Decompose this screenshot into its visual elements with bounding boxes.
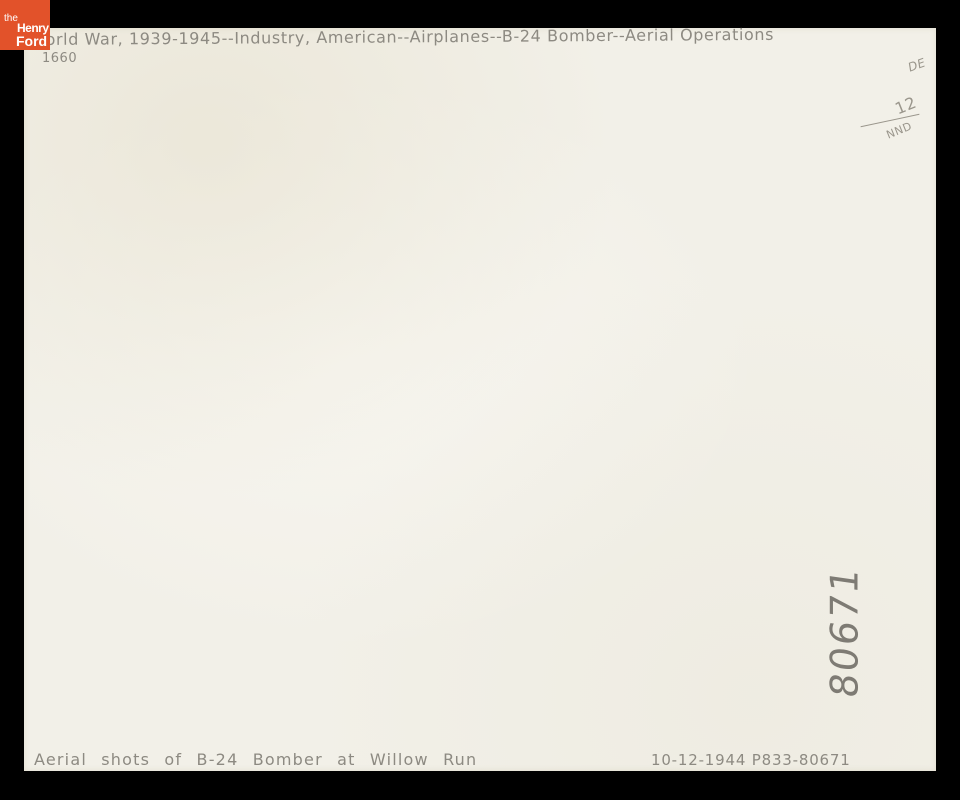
initials-mark: DE bbox=[906, 55, 928, 74]
photo-caption: Aerial shots of B-24 Bomber at Willow Ru… bbox=[34, 750, 477, 769]
date-and-reference: 10-12-1944 P833-80671 bbox=[651, 751, 851, 769]
subject-heading: World War, 1939-1945--Industry, American… bbox=[30, 25, 774, 49]
logo-the: the bbox=[4, 14, 18, 24]
count-sub-note: NND bbox=[884, 120, 913, 142]
logo-ford: Ford bbox=[16, 34, 47, 48]
photo-date: 10-12-1944 bbox=[651, 751, 746, 769]
catalog-number: 1660 bbox=[42, 51, 77, 66]
photo-back-paper: World War, 1939-1945--Industry, American… bbox=[24, 28, 936, 771]
reference-number: P833-80671 bbox=[752, 751, 851, 769]
henry-ford-logo[interactable]: the Henry Ford bbox=[0, 0, 50, 50]
negative-number: 80671 bbox=[822, 563, 866, 700]
image-viewer: the Henry Ford World War, 1939-1945--Ind… bbox=[0, 0, 960, 800]
